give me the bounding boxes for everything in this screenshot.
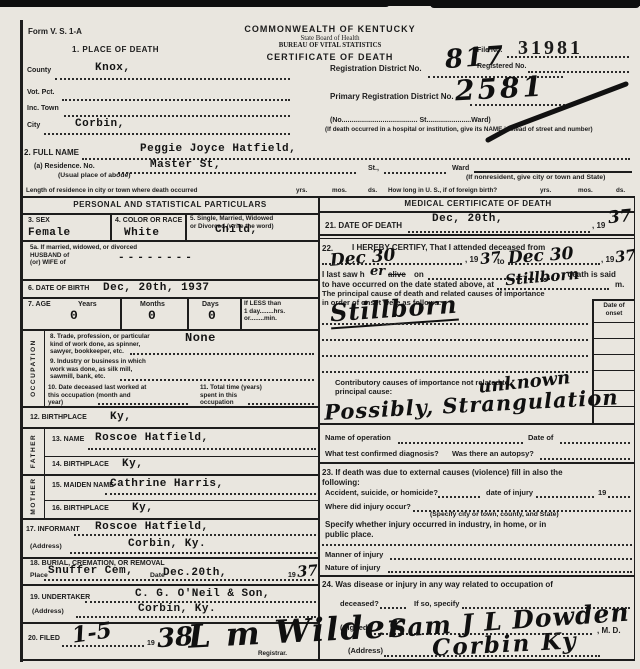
filed-line — [62, 644, 144, 647]
father-name-rule — [44, 456, 318, 457]
age-months-value: 0 — [148, 308, 156, 323]
dod-year-pre: , 19 — [592, 221, 605, 231]
length-mos: mos. — [332, 187, 347, 195]
mother-bp-value: Ky, — [132, 502, 153, 514]
last-saw-her: er — [370, 264, 385, 279]
burial-line — [44, 578, 314, 581]
sex-row-rule — [22, 240, 318, 242]
death-certificate-scan: Form V. S. 1-A COMMONWEALTH OF KENTUCKY … — [0, 0, 640, 669]
father-bp-value: Ky, — [122, 458, 143, 470]
test-row-rule — [320, 462, 634, 464]
birthplace-row-rule — [22, 427, 318, 429]
nature-label: Nature of injury — [325, 563, 380, 572]
sex-value: Female — [28, 227, 71, 239]
residence-label: (a) Residence. No. — [34, 163, 95, 171]
age-col1-divider — [120, 298, 122, 329]
onset-box-label: Date of onset — [594, 302, 634, 317]
contributory-rule — [320, 423, 634, 425]
ward-line — [474, 171, 632, 173]
onset-line-2 — [593, 338, 634, 339]
informant-addr-label: (Address) — [30, 543, 62, 551]
certificate-title: CERTIFICATE OF DEATH — [180, 52, 480, 63]
manner-label: Manner of injury — [325, 550, 383, 559]
main-bottom-rule — [22, 659, 634, 661]
county-label: County — [27, 67, 51, 75]
length-residence-label: Length of residence in city or town wher… — [26, 187, 197, 195]
city-label: City — [27, 122, 40, 130]
mother-side-divider — [44, 475, 45, 518]
informant-line — [74, 533, 316, 536]
age-less-label: If LESS than 1 day........hrs. or.......… — [244, 300, 285, 323]
related-occupation-label: 24. Was disease or injury in any way rel… — [322, 580, 553, 590]
inc-town-label: Inc. Town — [27, 105, 59, 113]
informant-addr-line — [70, 551, 316, 554]
form-left-border — [20, 20, 23, 662]
county-value: Knox, — [95, 62, 131, 74]
trade-value: None — [185, 331, 216, 345]
father-bp-label: 14. BIRTHPLACE — [52, 461, 109, 469]
undertaker-addr-label: (Address) — [32, 608, 64, 616]
onset-line-1 — [593, 322, 634, 323]
marital-value: Child, — [215, 224, 258, 236]
undertaker-label: 19. UNDERTAKER — [30, 594, 90, 602]
mother-row-rule — [22, 518, 318, 520]
personal-section-header: PERSONAL AND STATISTICAL PARTICULARS — [40, 200, 300, 210]
undertaker-value: C. G. O'Neil & Son, — [135, 588, 270, 600]
checkmark-stroke — [478, 78, 638, 148]
dod-label: 21. DATE OF DEATH — [325, 221, 402, 231]
birthplace-label: 12. BIRTHPLACE — [30, 414, 87, 422]
foreign-mos: mos. — [578, 187, 593, 195]
cause-line-2 — [322, 338, 588, 341]
husband-value: -------- — [118, 252, 195, 264]
specify-injury-label: Specify whether injury occurred in indus… — [325, 520, 546, 539]
md-label: , M. D. — [597, 626, 621, 636]
dob-value: Dec, 20th, 1937 — [103, 282, 210, 294]
stated-stillborn-hand: Stillborn — [504, 265, 579, 289]
medical-section-header: MEDICAL CERTIFICATE OF DEATH — [358, 199, 598, 209]
primary-district-label: Primary Registration District No. — [330, 92, 454, 102]
mother-bp-label: 16. BIRTHPLACE — [52, 505, 109, 513]
st-line — [384, 171, 446, 174]
registration-district-label: Registration District No. — [330, 64, 422, 74]
dod-year-value: 37 — [607, 206, 633, 228]
informant-row-rule — [22, 557, 318, 559]
cause-line-1 — [322, 322, 588, 325]
form-right-border — [634, 196, 635, 661]
last-saw-text: I last saw h — [322, 270, 365, 280]
place-of-death-section: 1. PLACE OF DEATH — [72, 45, 159, 55]
operation-label: Name of operation — [325, 433, 391, 442]
sig-address-label: (Address) — [348, 646, 383, 655]
sex-label: 3. SEX — [28, 217, 50, 225]
dod-line — [408, 230, 590, 233]
cause-line-3 — [322, 354, 588, 357]
county-line — [55, 77, 290, 80]
nonresident-note: (If nonresident, give city or town and S… — [466, 174, 605, 182]
dod-row-rule2 — [320, 238, 634, 239]
test-label: What test confirmed diagnosis? — [325, 449, 439, 458]
injury-year-line — [608, 495, 630, 498]
main-top-rule — [22, 196, 634, 198]
onset-line-4 — [593, 370, 634, 371]
mother-name-line — [105, 492, 316, 495]
father-side-divider — [44, 428, 45, 475]
burial-place-value: Snuffer Cem, — [48, 565, 133, 577]
mother-side-label: MOTHER — [30, 474, 37, 518]
scan-edge-top2 — [0, 0, 390, 7]
date-injury-label: date of injury — [486, 488, 533, 497]
foreign-ds: ds. — [616, 187, 625, 195]
informant-addr-value: Corbin, Ky. — [128, 538, 206, 550]
sex-race-divider — [110, 213, 112, 240]
st-label: St., — [368, 165, 379, 173]
age-days-value: 0 — [208, 308, 216, 323]
specify-city-note: (Specify city or town, county, and State… — [430, 511, 559, 519]
father-name-value: Roscoe Hatfield, — [95, 432, 209, 444]
occupation-row-rule — [22, 406, 318, 408]
filed-year-pre: 19 — [147, 640, 155, 648]
if-so-label: If so, specify — [414, 599, 459, 608]
age-years-label: Years — [78, 301, 97, 309]
foreign-birth-label: How long in U. S., if of foreign birth? — [388, 187, 497, 195]
dob-label: 6. DATE OF BIRTH — [28, 285, 89, 293]
registration-district-value: 817 — [444, 41, 506, 75]
where-injury-label: Where did injury occur? — [325, 502, 411, 511]
scan-edge-top3 — [430, 0, 640, 8]
certify-from-line — [322, 262, 462, 265]
father-side-label: FATHER — [30, 429, 37, 473]
no-st-ward-label: (No.....................................… — [330, 117, 491, 125]
m-label: m. — [615, 280, 624, 290]
vot-pct-label: Vot. Pct. — [27, 89, 54, 97]
form-number: Form V. S. 1-A — [28, 27, 82, 37]
mother-name-rule — [44, 500, 318, 501]
operation-line — [398, 441, 523, 444]
certify-year2-pre: , 19 — [601, 255, 614, 265]
father-row-rule — [22, 474, 318, 476]
certify-to-label: to — [497, 257, 505, 267]
on-label: on — [414, 270, 424, 280]
informant-value: Roscoe Hatfield, — [95, 521, 209, 533]
bureau-subtitle: BUREAU OF VITAL STATISTICS — [180, 42, 480, 50]
last-worked-line — [98, 402, 188, 405]
file-no-value: 31981 — [518, 37, 583, 60]
full-name-label: 2. FULL NAME — [24, 148, 79, 158]
residence-line — [118, 171, 356, 174]
accident-line — [438, 495, 480, 498]
onset-box-top — [592, 299, 634, 301]
age-label: 7. AGE — [28, 301, 51, 309]
injury-year-pre: 19 — [598, 488, 606, 497]
father-name-line — [88, 447, 316, 450]
burial-row-rule — [22, 584, 318, 586]
ward-label: Ward — [452, 165, 469, 173]
vot-pct-line — [62, 98, 290, 101]
date-of-line — [560, 441, 630, 444]
total-time-line — [248, 402, 314, 405]
autopsy-label: Was there an autopsy? — [452, 449, 534, 458]
full-name-value: Peggie Joyce Hatfield, — [140, 143, 296, 155]
residence-value: Master St, — [150, 159, 221, 171]
father-name-label: 13. NAME — [52, 436, 84, 444]
age-col2-divider — [187, 298, 189, 329]
trade-line — [130, 352, 314, 355]
length-ds: ds. — [368, 187, 377, 195]
foreign-yrs: yrs. — [540, 187, 551, 195]
onset-line-3 — [593, 354, 634, 355]
length-yrs: yrs. — [296, 187, 307, 195]
commonwealth-title: COMMONWEALTH OF KENTUCKY — [180, 24, 480, 35]
dod-row-rule1 — [320, 234, 634, 236]
date-injury-line — [536, 495, 594, 498]
certify-from-date: Dec 30 — [329, 245, 396, 271]
birthplace-value: Ky, — [110, 411, 131, 423]
column-divider — [318, 196, 320, 661]
age-row-rule — [22, 329, 318, 331]
filed-label: 20. FILED — [28, 635, 60, 643]
occupation-side-divider — [44, 331, 45, 406]
nature-line — [388, 570, 632, 573]
race-label: 4. COLOR OR RACE — [115, 217, 182, 225]
external-causes-label: 23. If death was due to external causes … — [322, 468, 563, 487]
age-col3-divider — [240, 298, 242, 329]
inc-town-line — [64, 114, 290, 117]
autopsy-line — [540, 457, 630, 460]
manner-line — [390, 557, 632, 560]
dod-value: Dec, 20th, — [432, 213, 503, 225]
occupation-side-label: OCCUPATION — [30, 332, 37, 404]
city-line — [44, 132, 290, 135]
industry-line — [120, 378, 314, 381]
dob-row-rule — [22, 297, 318, 299]
age-years-value: 0 — [70, 308, 78, 323]
certify-year1-pre: , 19 — [465, 255, 478, 265]
race-marital-divider — [185, 213, 187, 240]
deceased-label: deceased? — [340, 599, 379, 608]
undertaker-addr-value: Corbin, Ky. — [138, 603, 216, 615]
certify-year2: 37 — [614, 246, 637, 267]
husband-row-rule — [22, 279, 318, 281]
injury-blank-line — [322, 543, 632, 546]
date-of-label: Date of — [528, 433, 553, 442]
mother-name-value: Cathrine Harris, — [110, 478, 224, 490]
mother-name-label: 15. MAIDEN NAME — [52, 482, 114, 490]
race-value: White — [124, 227, 160, 239]
alive-struck-text: alive — [388, 270, 406, 280]
accident-label: Accident, suicide, or homicide? — [325, 488, 438, 497]
informant-label: 17. INFORMANT — [26, 526, 80, 534]
city-value: Corbin, — [75, 118, 125, 130]
certify-to-line — [508, 262, 600, 265]
nature-row-rule — [320, 575, 634, 577]
